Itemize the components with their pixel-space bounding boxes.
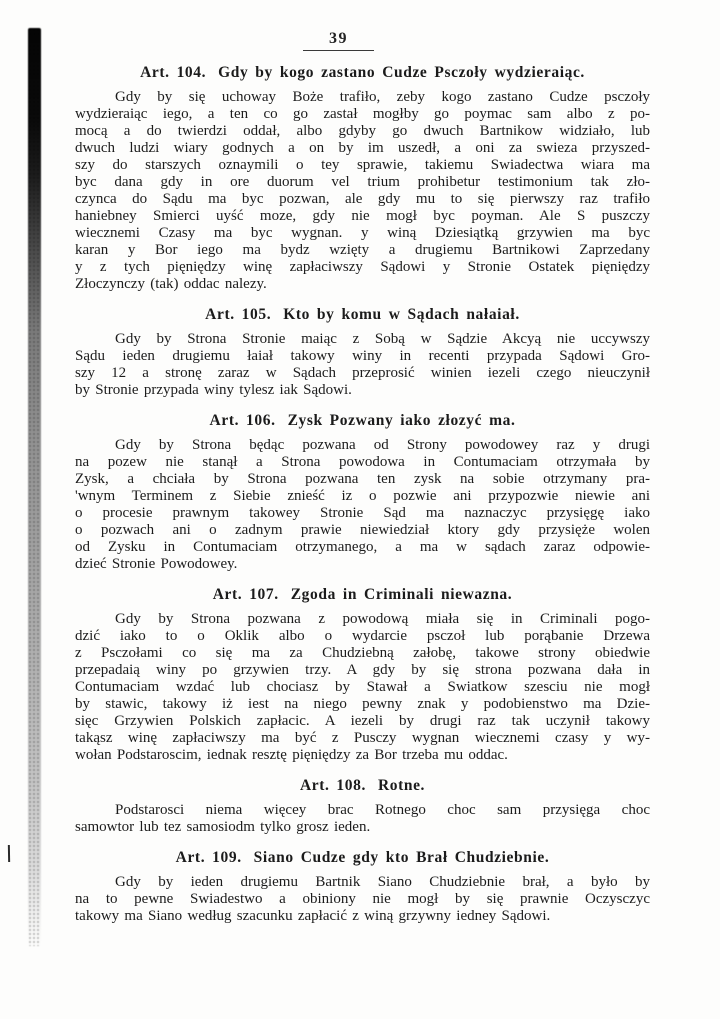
text-line: czynca do Sądu ma byc pozwan, ale gdy mu… xyxy=(75,191,650,208)
text-line: Gdy by Strona pozwana z powodową miała s… xyxy=(75,611,650,628)
text-line: haniebney Smierci uyść moze, gdy nie mog… xyxy=(75,208,650,225)
page-number-block: 39 xyxy=(51,30,626,51)
article-heading: Art. 109.Siano Cudze gdy kto Brał Chudzi… xyxy=(75,848,650,868)
text-line: sięc Grzywien Polskich zapłacic. A iezel… xyxy=(75,713,650,730)
margin-mark xyxy=(8,845,10,862)
text-line: byc dana gdy in ore duorum vel trium pro… xyxy=(75,174,650,191)
document-page: 39 Art. 104.Gdy by kogo zastano Cudze Ps… xyxy=(0,0,720,1019)
text-line: dwuch ludzi wiary godnych a on by im usz… xyxy=(75,140,650,157)
article: Art. 105.Kto by komu w Sądach nałaiał. G… xyxy=(75,305,650,399)
article-number: Art. 109. xyxy=(176,849,242,866)
text-line: takąsz winę zapłaciwszy ma być z Pusczy … xyxy=(75,730,650,747)
article-title: Zysk Pozwany iako złozyć ma. xyxy=(288,412,516,429)
article-title: Siano Cudze gdy kto Brał Chudziebnie. xyxy=(254,849,550,866)
article: Art. 108.Rotne. Podstarosci niema więcey… xyxy=(75,776,650,836)
text-line: Podstarosci niema więcey brac Rotnego ch… xyxy=(75,802,650,819)
text-line: Gdy by Strona Stronie maiąc z Sobą w Sąd… xyxy=(75,331,650,348)
text-line: karan y Bor iego ma bydz wzięty a drugie… xyxy=(75,242,650,259)
text-line: Gdy by się uchoway Boże trafiło, zeby ko… xyxy=(75,89,650,106)
text-line: na to pewne Swiadestwo a obiniony nie mo… xyxy=(75,891,650,908)
article-heading: Art. 104.Gdy by kogo zastano Cudze Psczo… xyxy=(75,63,650,83)
text-line: wiecznemi Czasy ma byc wygnan. y winą Dz… xyxy=(75,225,650,242)
text-line: Sądu ieden drugiemu łaiał takowy winy in… xyxy=(75,348,650,365)
article-title: Zgoda in Criminali niewazna. xyxy=(291,586,513,603)
text-line: wydzieraiąc iego, a ten co go zastał mog… xyxy=(75,106,650,123)
article-number: Art. 106. xyxy=(210,412,276,429)
text-line: mocą a do twierdzi oddał, albo gdyby go … xyxy=(75,123,650,140)
text-line: y z tych pięniędzy winę zapłaciwszy Sądo… xyxy=(75,259,650,276)
text-line: z Psczołami co się ma za Chudziebną zało… xyxy=(75,645,650,662)
text-line: szy 12 a stronę zaraz w Sądach przeprosi… xyxy=(75,365,650,382)
article-body: Podstarosci niema więcey brac Rotnego ch… xyxy=(75,802,650,836)
text-line: o pozwach ani o zadnym prawie niewiedzia… xyxy=(75,522,650,539)
text-line: samowtor lub tez samosiodm tylko grosz i… xyxy=(75,819,650,836)
article: Art. 106.Zysk Pozwany iako złozyć ma. Gd… xyxy=(75,411,650,573)
text-line: dzieć Stronie Powodowey. xyxy=(75,556,650,573)
text-line: o procesie prawnym takowey Stronie Sąd m… xyxy=(75,505,650,522)
article-heading: Art. 105.Kto by komu w Sądach nałaiał. xyxy=(75,305,650,325)
article: Art. 109.Siano Cudze gdy kto Brał Chudzi… xyxy=(75,848,650,925)
text-line: takowy ma Siano według szacunku zapłacić… xyxy=(75,908,650,925)
article-number: Art. 108. xyxy=(300,777,366,794)
article-body: Gdy by Strona pozwana z powodową miała s… xyxy=(75,611,650,764)
article-body: Gdy by Strona Stronie maiąc z Sobą w Sąd… xyxy=(75,331,650,399)
page-number: 39 xyxy=(303,30,374,51)
text-line: przepadaią winy po grzywien trzy. A gdy … xyxy=(75,662,650,679)
text-line: Zysk, a chciała by Strona pozwana ten zy… xyxy=(75,471,650,488)
text-line: od Zysku in Contumaciam otrzymanego, a m… xyxy=(75,539,650,556)
article-body: Gdy by Strona będąc pozwana od Strony po… xyxy=(75,437,650,573)
article-heading: Art. 106.Zysk Pozwany iako złozyć ma. xyxy=(75,411,650,431)
text-line: Contumaciam wzdać lub chociasz by Stawał… xyxy=(75,679,650,696)
text-line: Złoczynczy (tak) oddac nalezy. xyxy=(75,276,650,293)
text-line: Gdy by Strona będąc pozwana od Strony po… xyxy=(75,437,650,454)
article-heading: Art. 107.Zgoda in Criminali niewazna. xyxy=(75,585,650,605)
binding-shadow-artifact xyxy=(28,28,41,946)
article: Art. 107.Zgoda in Criminali niewazna. Gd… xyxy=(75,585,650,764)
text-line: by stawic, takowy iż iest na niego pewny… xyxy=(75,696,650,713)
article-title: Rotne. xyxy=(378,777,425,794)
page-content: 39 Art. 104.Gdy by kogo zastano Cudze Ps… xyxy=(75,0,650,925)
article-number: Art. 107. xyxy=(213,586,279,603)
article-title: Kto by komu w Sądach nałaiał. xyxy=(283,306,520,323)
text-line: dzić iako to o Oklik albo o wydarcie psc… xyxy=(75,628,650,645)
article: Art. 104.Gdy by kogo zastano Cudze Psczo… xyxy=(75,63,650,293)
article-body: Gdy by się uchoway Boże trafiło, zeby ko… xyxy=(75,89,650,293)
text-line: na pozew nie stanął a Strona powodowa in… xyxy=(75,454,650,471)
article-title: Gdy by kogo zastano Cudze Psczoły wydzie… xyxy=(218,64,585,81)
article-number: Art. 105. xyxy=(205,306,271,323)
text-line: by Stronie przypada winy tylesz iak Sądo… xyxy=(75,382,650,399)
text-line: 'wnym Terminem z Siebie znieść iz o pozw… xyxy=(75,488,650,505)
article-body: Gdy by ieden drugiemu Bartnik Siano Chud… xyxy=(75,874,650,925)
text-line: wołan Podstaroscim, iednak resztę pięnię… xyxy=(75,747,650,764)
text-line: szy do starszych oznaymili o tey sprawie… xyxy=(75,157,650,174)
articles-container: Art. 104.Gdy by kogo zastano Cudze Psczo… xyxy=(75,63,650,925)
article-heading: Art. 108.Rotne. xyxy=(75,776,650,796)
article-number: Art. 104. xyxy=(140,64,206,81)
text-line: Gdy by ieden drugiemu Bartnik Siano Chud… xyxy=(75,874,650,891)
